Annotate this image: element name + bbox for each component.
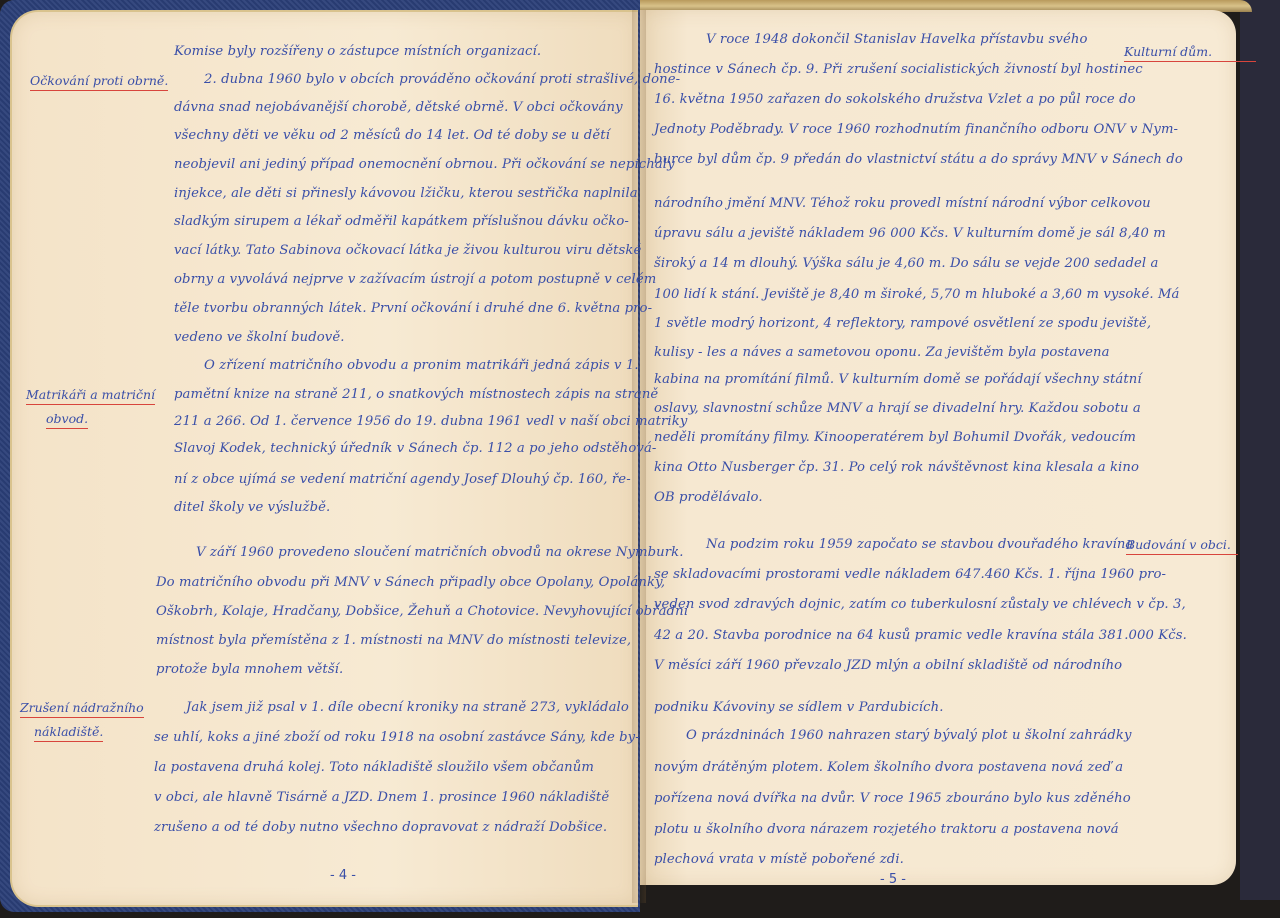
text-line: Jednoty Poděbrady. V roce 1960 rozhodnut… <box>654 122 1178 137</box>
text-line: injekce, ale děti si přinesly kávovou lž… <box>174 186 638 201</box>
text-line: V měsíci září 1960 převzalo JZD mlýn a o… <box>654 658 1122 673</box>
margin-note-registry-district: obvod. <box>46 411 88 429</box>
page-number-right: - 5 - <box>880 872 906 887</box>
text-line: dávna snad nejobávanější chorobě, dětské… <box>174 100 623 115</box>
text-line: ní z obce ujímá se vedení matriční agend… <box>174 472 631 487</box>
text-line: Na podzim roku 1959 započato se stavbou … <box>706 537 1133 552</box>
margin-note-freight-yard-closure: Zrušení nádražního <box>20 700 144 718</box>
text-line: plotu u školního dvora nárazem rozjetého… <box>654 822 1119 837</box>
margin-note-culture-house: Kulturní dům. <box>1124 44 1256 62</box>
text-line: Oškobrh, Kolaje, Hradčany, Dobšice, Žehu… <box>156 604 688 619</box>
text-line: Slavoj Kodek, technický úředník v Sánech… <box>174 441 656 456</box>
margin-note-registrars: Matrikáři a matriční <box>26 387 155 405</box>
text-line: 100 lidí k stání. Jeviště je 8,40 m širo… <box>654 287 1180 302</box>
text-line: vedeno ve školní budově. <box>174 330 345 345</box>
text-line: pořízena nová dvířka na dvůr. V roce 196… <box>654 791 1131 806</box>
text-line: kabina na promítání filmů. V kulturním d… <box>654 372 1142 387</box>
page-number-left: - 4 - <box>330 868 356 883</box>
text-line: místnost byla přemístěna z 1. místnosti … <box>156 633 631 648</box>
text-line: těle tvorbu obranných látek. První očkov… <box>174 301 652 316</box>
text-line: OB prodělávalo. <box>654 490 763 505</box>
text-line: oslavy, slavnostní schůze MNV a hrají se… <box>654 401 1141 416</box>
text-line: protože byla mnohem větší. <box>156 662 343 677</box>
text-line: 2. dubna 1960 bylo v obcích prováděno oč… <box>204 72 680 87</box>
text-line: 42 a 20. Stavba porodnice na 64 kusů pra… <box>654 628 1187 643</box>
text-line: se skladovacími prostorami vedle náklade… <box>654 567 1166 582</box>
text-line: všechny děti ve věku od 2 měsíců do 14 l… <box>174 128 610 143</box>
text-line: la postavena druhá kolej. Toto nákladišt… <box>154 760 594 775</box>
text-line: O prázdninách 1960 nahrazen starý bývalý… <box>686 728 1132 743</box>
text-line: neobjevil ani jediný případ onemocnění o… <box>174 157 675 172</box>
margin-note-freight-yard: nákladiště. <box>34 724 103 742</box>
margin-note-village-construction: Budování v obci. <box>1126 537 1238 555</box>
text-line: Jak jsem již psal v 1. díle obecní kroni… <box>186 700 629 715</box>
text-line: 1 světle modrý horizont, 4 reflektory, r… <box>654 316 1151 331</box>
text-line: sladkým sirupem a lékař odměřil kapátkem… <box>174 214 629 229</box>
text-line: v obci, ale hlavně Tisárně a JZD. Dnem 1… <box>154 790 609 805</box>
margin-note-vaccination: Očkování proti obrně. <box>30 73 168 91</box>
text-line: 211 a 266. Od 1. července 1956 do 19. du… <box>174 414 687 429</box>
text-line: O zřízení matričního obvodu a pronim mat… <box>204 358 639 373</box>
text-line: národního jmění MNV. Téhož roku provedl … <box>654 196 1151 211</box>
text-line: 16. května 1950 zařazen do sokolského dr… <box>654 92 1136 107</box>
text-line: veden svod zdravých dojnic, zatím co tub… <box>654 597 1186 612</box>
text-line: kina Otto Nusberger čp. 31. Po celý rok … <box>654 460 1139 475</box>
text-line: Do matričního obvodu při MNV v Sánech př… <box>156 575 665 590</box>
text-line: obrny a vyvolává nejprve v zažívacím úst… <box>174 272 656 287</box>
text-line: vací látky. Tato Sabinova očkovací látka… <box>174 243 641 258</box>
notebook-cover-right <box>1240 0 1280 900</box>
right-page <box>640 10 1236 885</box>
book-gutter <box>632 10 646 903</box>
text-line: V roce 1948 dokončil Stanislav Havelka p… <box>706 32 1088 47</box>
text-line: burce byl dům čp. 9 předán do vlastnictv… <box>654 152 1183 167</box>
text-line: pamětní knize na straně 211, o snatkovýc… <box>174 387 658 402</box>
text-line: neděli promítány filmy. Kinooperatérem b… <box>654 430 1136 445</box>
text-line: V září 1960 provedeno sloučení matričníc… <box>196 545 684 560</box>
text-line: se uhlí, koks a jiné zboží od roku 1918 … <box>154 730 640 745</box>
text-line: novým drátěným plotem. Kolem školního dv… <box>654 760 1123 775</box>
text-line: kulisy - les a náves a sametovou oponu. … <box>654 345 1110 360</box>
text-line: úpravu sálu a jeviště nákladem 96 000 Kč… <box>654 226 1166 241</box>
text-line: Komise byly rozšířeny o zástupce místníc… <box>174 44 541 59</box>
text-line: hostince v Sánech čp. 9. Při zrušení soc… <box>654 62 1143 77</box>
text-line: ditel školy ve výslužbě. <box>174 500 330 515</box>
text-line: široký a 14 m dlouhý. Výška sálu je 4,60… <box>654 256 1159 271</box>
text-line: zrušeno a od té doby nutno všechno dopra… <box>154 820 607 835</box>
text-line: podniku Kávoviny se sídlem v Pardubicích… <box>654 700 944 715</box>
text-line: plechová vrata v místě pobořené zdi. <box>654 852 904 867</box>
